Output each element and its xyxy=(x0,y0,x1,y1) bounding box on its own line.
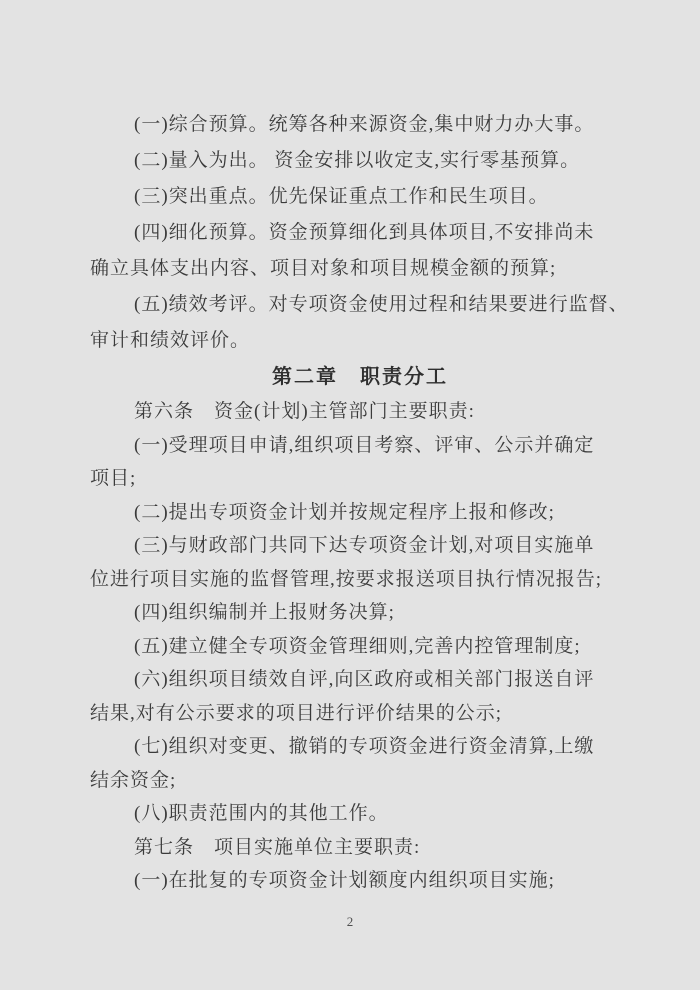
paragraph-line: (二)提出专项资金计划并按规定程序上报和修改; xyxy=(90,496,630,530)
paragraph-line: (四)组织编制并上报财务决算; xyxy=(90,596,630,630)
paragraph-line: 项目; xyxy=(90,462,630,496)
chapter-heading: 第二章 职责分工 xyxy=(90,359,630,395)
paragraph-line: (五)建立健全专项资金管理细则,完善内控管理制度; xyxy=(90,630,630,664)
paragraph-line: 第六条 资金(计划)主管部门主要职责: xyxy=(90,395,630,429)
paragraph-line: (一)在批复的专项资金计划额度内组织项目实施; xyxy=(90,864,630,898)
paragraph-line: (一)受理项目申请,组织项目考察、评审、公示并确定 xyxy=(90,429,630,463)
paragraph-line: (二)量入为出。 资金安排以收定支,实行零基预算。 xyxy=(90,143,630,179)
paragraph-line: 第七条 项目实施单位主要职责: xyxy=(90,831,630,865)
paragraph-line: 结余资金; xyxy=(90,764,630,798)
document-text-block: (一)综合预算。统筹各种来源资金,集中财力办大事。(二)量入为出。 资金安排以收… xyxy=(90,107,630,898)
paragraph-line: (六)组织项目绩效自评,向区政府或相关部门报送自评 xyxy=(90,663,630,697)
page-number: 2 xyxy=(0,914,700,930)
paragraph-line: (三)与财政部门共同下达专项资金计划,对项目实施单 xyxy=(90,529,630,563)
paragraph-line: 位进行项目实施的监督管理,按要求报送项目执行情况报告; xyxy=(90,563,630,597)
paragraph-line: (四)细化预算。资金预算细化到具体项目,不安排尚未 xyxy=(90,215,630,251)
document-page: (一)综合预算。统筹各种来源资金,集中财力办大事。(二)量入为出。 资金安排以收… xyxy=(0,0,700,990)
paragraph-line: 审计和绩效评价。 xyxy=(90,323,630,359)
paragraph-line: (一)综合预算。统筹各种来源资金,集中财力办大事。 xyxy=(90,107,630,143)
paragraph-line: 结果,对有公示要求的项目进行评价结果的公示; xyxy=(90,697,630,731)
paragraph-line: (三)突出重点。优先保证重点工作和民生项目。 xyxy=(90,179,630,215)
paragraph-line: (七)组织对变更、撤销的专项资金进行资金清算,上缴 xyxy=(90,730,630,764)
paragraph-line: (八)职责范围内的其他工作。 xyxy=(90,797,630,831)
paragraph-line: (五)绩效考评。对专项资金使用过程和结果要进行监督、 xyxy=(90,287,630,323)
paragraph-line: 确立具体支出内容、项目对象和项目规模金额的预算; xyxy=(90,251,630,287)
